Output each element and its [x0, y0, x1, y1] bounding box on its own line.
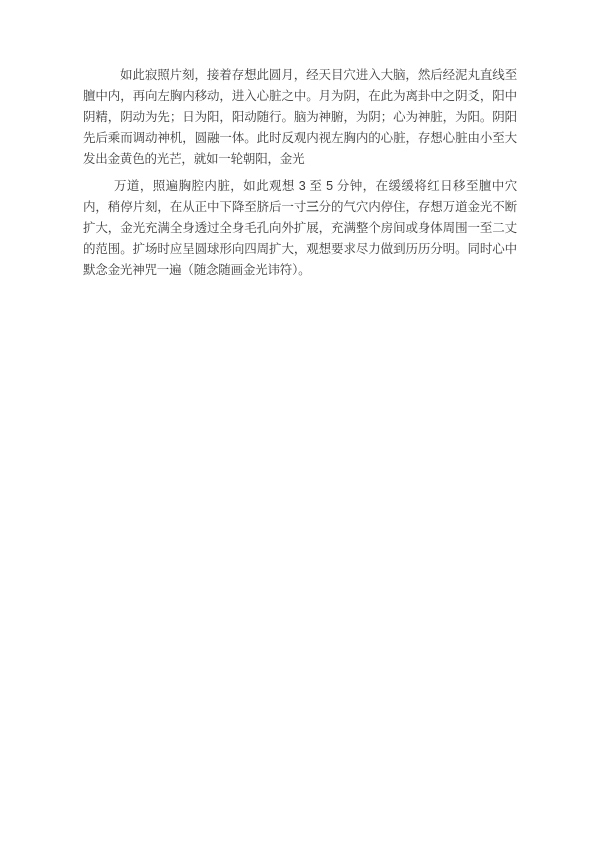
text-content: 如此寂照片刻，接着存想此圆月，经天目穴进入大脑，然后经泥丸直线至膻中内，再向左胸…	[83, 65, 517, 281]
paragraph-2-text-bold: 三	[306, 200, 318, 214]
paragraph-2: 万道，照遍胸腔内脏，如此观想 3 至 5 分钟，在缓缓将红日移至膻中穴内，稍停片…	[83, 176, 517, 281]
paragraph-1: 如此寂照片刻，接着存想此圆月，经天目穴进入大脑，然后经泥丸直线至膻中内，再向左胸…	[83, 65, 517, 170]
paragraph-1-text: 如此寂照片刻，接着存想此圆月，经天目穴进入大脑，然后经泥丸直线至膻中内，再向左胸…	[83, 68, 517, 166]
document-page: 如此寂照片刻，接着存想此圆月，经天目穴进入大脑，然后经泥丸直线至膻中内，再向左胸…	[0, 0, 603, 857]
